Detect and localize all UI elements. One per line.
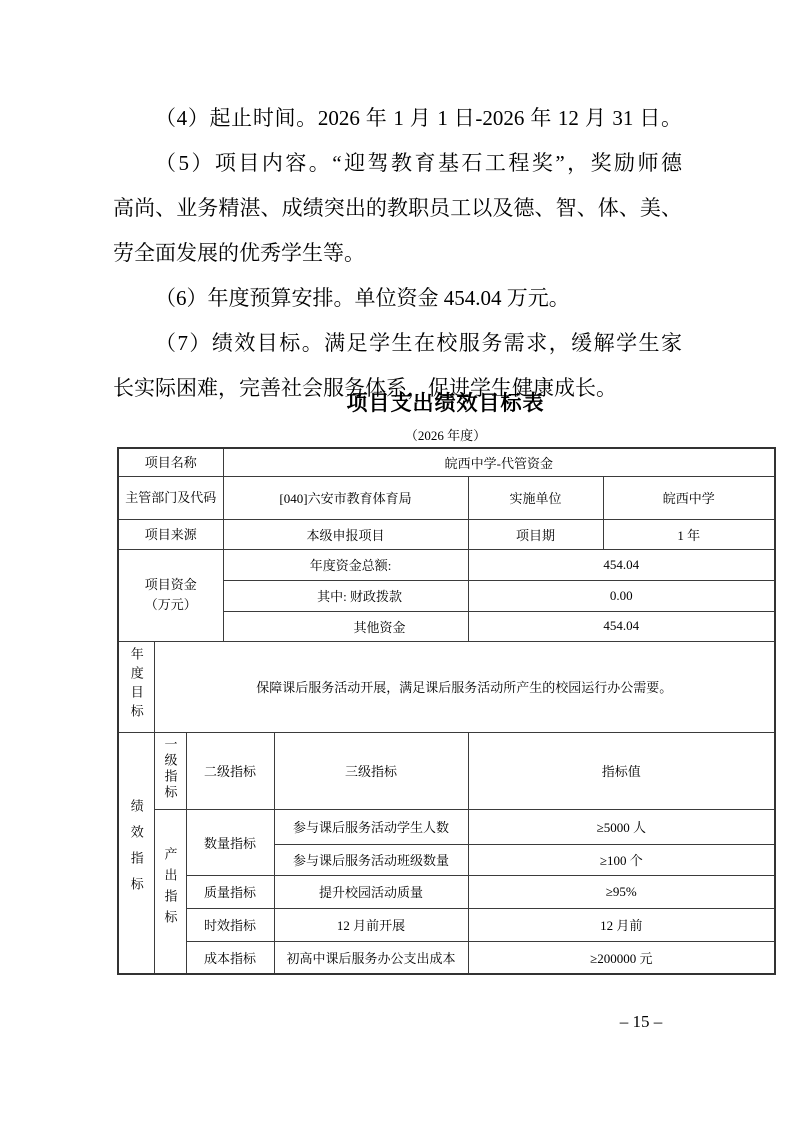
source-label-cell: 项目来源	[118, 519, 223, 549]
indicator-time-value-cell: 12 月前	[468, 908, 775, 941]
dept-value-cell: [040]六安市教育体育局	[223, 476, 468, 519]
table-row: 绩效指标 一级指标 二级指标 三级指标 指标值	[118, 732, 775, 809]
funds-total-value-cell: 454.04	[468, 549, 775, 580]
indicator-quality-cell: 提升校园活动质量	[274, 875, 468, 908]
funds-other-value-cell: 454.04	[468, 611, 775, 641]
table-row: 成本指标 初高中课后服务办公支出成本 ≥200000 元	[118, 941, 775, 974]
annual-goal-text-cell: 保障课后服务活动开展，满足课后服务活动所产生的校园运行办公需要。	[154, 641, 775, 732]
table-row: 质量指标 提升校园活动质量 ≥95%	[118, 875, 775, 908]
annual-goal-label-cell: 年度目标	[118, 641, 154, 732]
quantity-indicator-cell: 数量指标	[186, 809, 274, 875]
funds-fiscal-value-cell: 0.00	[468, 580, 775, 611]
paragraph-4-line-1: （4）起止时间。2026 年 1 月 1 日-2026 年 12 月 31 日。	[113, 96, 682, 141]
table-row: 主管部门及代码 [040]六安市教育体育局 实施单位 皖西中学	[118, 476, 775, 519]
paragraph-5-line-2: 高尚、业务精湛、成绩突出的教职员工以及德、智、体、美、	[113, 186, 682, 231]
level2-header-cell: 二级指标	[186, 732, 274, 809]
value-header-cell: 指标值	[468, 732, 775, 809]
indicator-classes-cell: 参与课后服务活动班级数量	[274, 844, 468, 875]
output-label-cell: 产出指标	[154, 809, 186, 974]
indicator-students-cell: 参与课后服务活动学生人数	[274, 809, 468, 844]
period-label-cell: 项目期	[468, 519, 603, 549]
table-row: 产出指标 数量指标 参与课后服务活动学生人数 ≥5000 人	[118, 809, 775, 844]
page-number: – 15 –	[591, 1012, 691, 1032]
project-name-value-cell: 皖西中学-代管资金	[223, 448, 775, 476]
time-indicator-cell: 时效指标	[186, 908, 274, 941]
project-name-label-cell: 项目名称	[118, 448, 223, 476]
level1-header-cell: 一级指标	[154, 732, 186, 809]
funds-total-label-cell: 年度资金总额:	[223, 549, 468, 580]
quality-indicator-cell: 质量指标	[186, 875, 274, 908]
funds-other-label-cell: 其他资金	[223, 611, 468, 641]
body-text-block: （4）起止时间。2026 年 1 月 1 日-2026 年 12 月 31 日。…	[113, 96, 682, 411]
paragraph-7-line-1: （7）绩效目标。满足学生在校服务需求，缓解学生家	[113, 321, 682, 366]
dept-label-cell: 主管部门及代码	[118, 476, 223, 519]
source-value-cell: 本级申报项目	[223, 519, 468, 549]
indicator-students-value-cell: ≥5000 人	[468, 809, 775, 844]
annual-goal-label: 年度目标	[127, 647, 146, 723]
funds-fiscal-label-cell: 其中: 财政拨款	[223, 580, 468, 611]
indicator-time-cell: 12 月前开展	[274, 908, 468, 941]
impl-unit-label-cell: 实施单位	[468, 476, 603, 519]
period-value-cell: 1 年	[603, 519, 775, 549]
table-row: 项目来源 本级申报项目 项目期 1 年	[118, 519, 775, 549]
cost-indicator-cell: 成本指标	[186, 941, 274, 974]
funds-label-cell: 项目资金 （万元）	[118, 549, 223, 641]
table-row: 时效指标 12 月前开展 12 月前	[118, 908, 775, 941]
indicator-cost-cell: 初高中课后服务办公支出成本	[274, 941, 468, 974]
table-title: 项目支出绩效目标表	[117, 387, 774, 417]
impl-unit-value-cell: 皖西中学	[603, 476, 775, 519]
level1-header: 一级指标	[161, 737, 180, 801]
indicator-classes-value-cell: ≥100 个	[468, 844, 775, 875]
output-label: 产出指标	[161, 847, 180, 931]
table-row: 项目资金 （万元） 年度资金总额: 454.04	[118, 549, 775, 580]
document-page: （4）起止时间。2026 年 1 月 1 日-2026 年 12 月 31 日。…	[0, 0, 793, 1122]
table-row: 项目名称 皖西中学-代管资金	[118, 448, 775, 476]
paragraph-5-line-3: 劳全面发展的优秀学生等。	[113, 231, 682, 276]
table-row: 年度目标 保障课后服务活动开展，满足课后服务活动所产生的校园运行办公需要。	[118, 641, 775, 732]
indicator-quality-value-cell: ≥95%	[468, 875, 775, 908]
perf-label: 绩效指标	[127, 799, 146, 903]
table-subtitle: （2026 年度）	[117, 425, 774, 444]
paragraph-5-line-1: （5）项目内容。“迎驾教育基石工程奖”，奖励师德	[113, 141, 682, 186]
level3-header-cell: 三级指标	[274, 732, 468, 809]
performance-target-table: 项目名称 皖西中学-代管资金 主管部门及代码 [040]六安市教育体育局 实施单…	[117, 447, 776, 975]
perf-label-cell: 绩效指标	[118, 732, 154, 974]
paragraph-6-line-1: （6）年度预算安排。单位资金 454.04 万元。	[113, 276, 682, 321]
indicator-cost-value-cell: ≥200000 元	[468, 941, 775, 974]
